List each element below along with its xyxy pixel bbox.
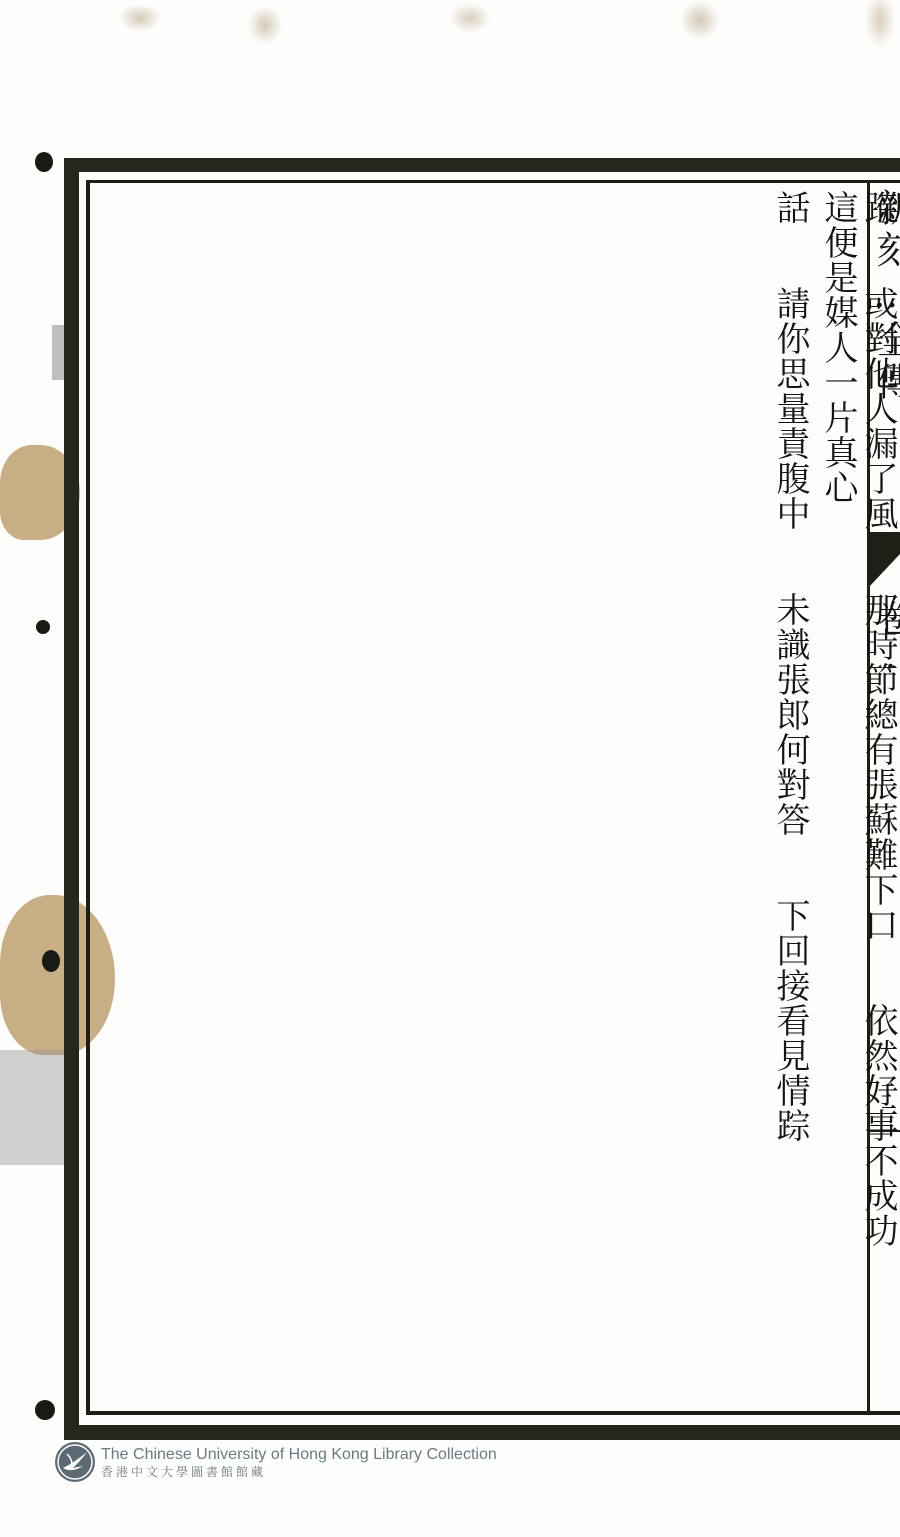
watermark-chinese: 香港中文大學圖書館館藏 — [101, 1464, 497, 1480]
text-segment: 依然好事不成功 — [858, 1003, 898, 1248]
text-column-2: 話 請你思量責腹中 未識張郎何對答 下回接看見情踪 — [770, 190, 810, 1143]
text-segment: 或對他人漏了風 — [858, 286, 898, 531]
foxing-top — [0, 0, 900, 60]
binding-hole-icon — [42, 950, 60, 972]
watermark-english: The Chinese University of Hong Kong Libr… — [101, 1445, 497, 1464]
binding-hole-icon — [35, 152, 53, 172]
text-column-1: 蹤 或對他人漏了風 那時節總有張蘇難下口 依然好事不成功 這便是媒人一片真心 — [818, 190, 898, 1537]
text-segment: 未識張郎何對答 — [770, 592, 810, 837]
swallow-bird-icon — [55, 1442, 95, 1482]
binding-hole-icon — [35, 1400, 55, 1420]
text-segment: 下回接看見情踪 — [770, 898, 810, 1143]
smudge — [0, 1050, 70, 1165]
text-segment: 請你思量責腹中 — [770, 286, 810, 531]
binding-hole-icon — [36, 620, 50, 634]
text-segment: 那時節總有張蘇難下口 — [858, 592, 898, 942]
text-segment: 蹤 — [858, 190, 898, 225]
library-watermark: The Chinese University of Hong Kong Libr… — [55, 1442, 497, 1482]
text-segment: 話 — [770, 190, 810, 225]
text-segment: 這便是媒人一片真心 — [818, 190, 858, 505]
scanned-page: 新刻…全傳 卷… 三 蹤 或對他人漏了風 那時節總有張蘇難下口 依然好事不成功 … — [0, 0, 900, 1537]
